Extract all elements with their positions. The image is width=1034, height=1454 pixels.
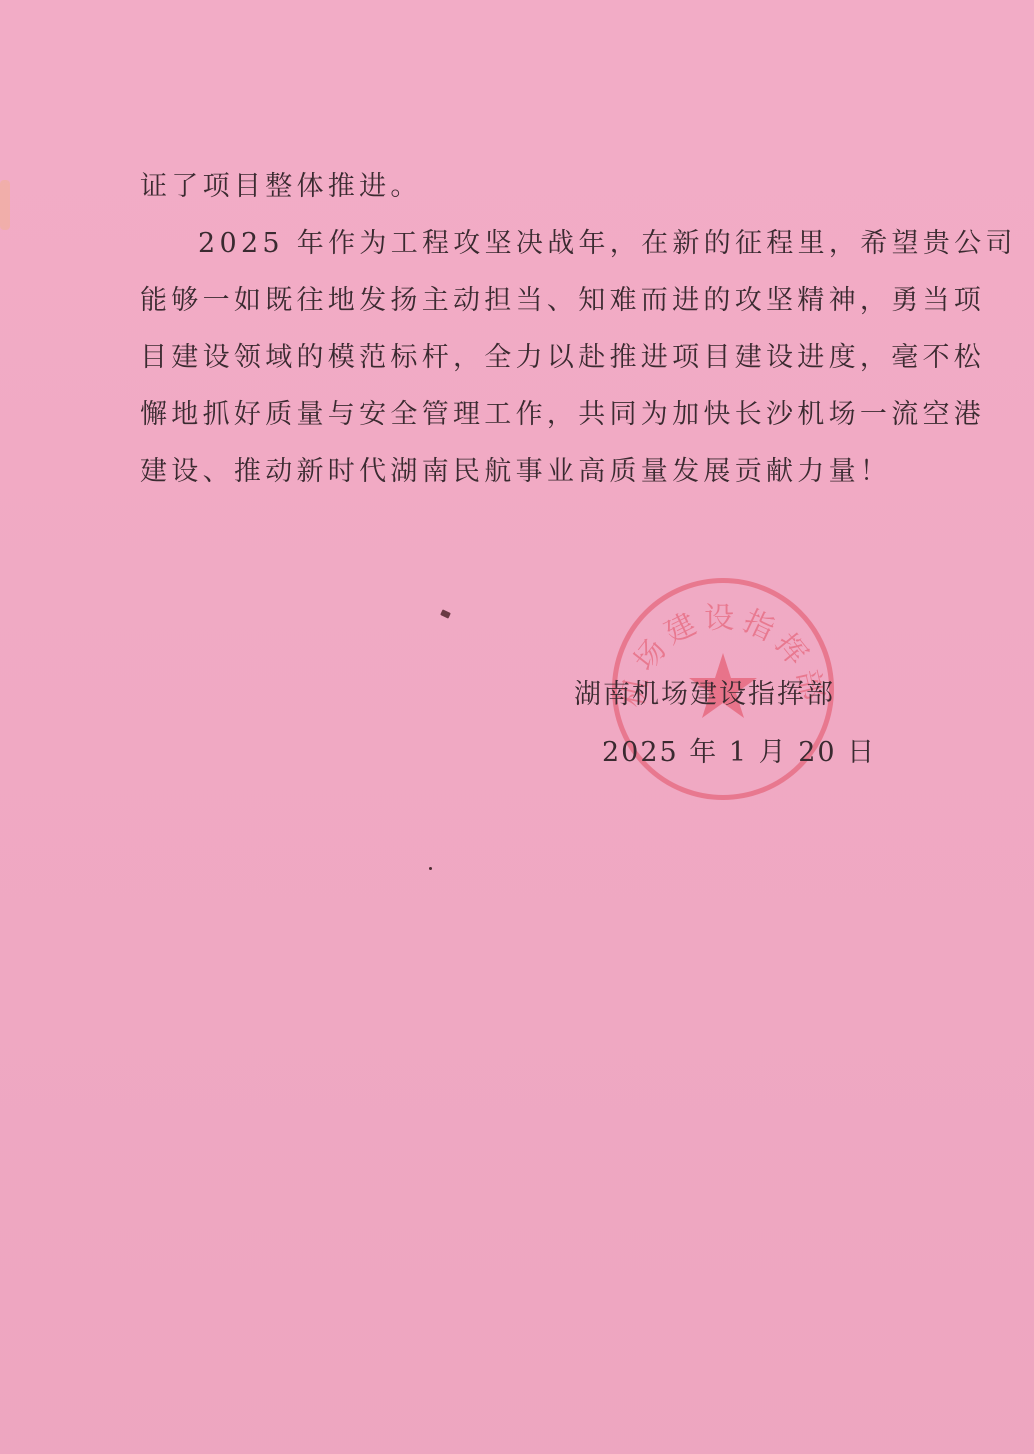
body-line: 目建设领域的模范标杆，全力以赴推进项目建设进度，毫不松 xyxy=(140,329,940,386)
ink-dot xyxy=(429,867,432,870)
signature-date: 2025 年 1 月 20 日 xyxy=(602,730,876,769)
letter-page: 证了项目整体推进。 2025 年作为工程攻坚决战年，在新的征程里，希望贵公司 能… xyxy=(0,0,1034,1454)
paper-stain xyxy=(0,180,10,230)
body-line: 建设、推动新时代湖南民航事业高质量发展贡献力量！ xyxy=(140,443,940,500)
body-line: 2025 年作为工程攻坚决战年，在新的征程里，希望贵公司 xyxy=(140,215,940,272)
body-line: 能够一如既往地发扬主动担当、知难而进的攻坚精神，勇当项 xyxy=(140,272,940,329)
body-line: 证了项目整体推进。 xyxy=(140,158,940,215)
body-line: 懈地抓好质量与安全管理工作，共同为加快长沙机场一流空港 xyxy=(140,386,940,443)
ink-speck xyxy=(440,609,451,618)
signature-org: 湖南机场建设指挥部 xyxy=(574,672,835,711)
letter-body: 证了项目整体推进。 2025 年作为工程攻坚决战年，在新的征程里，希望贵公司 能… xyxy=(140,158,940,500)
